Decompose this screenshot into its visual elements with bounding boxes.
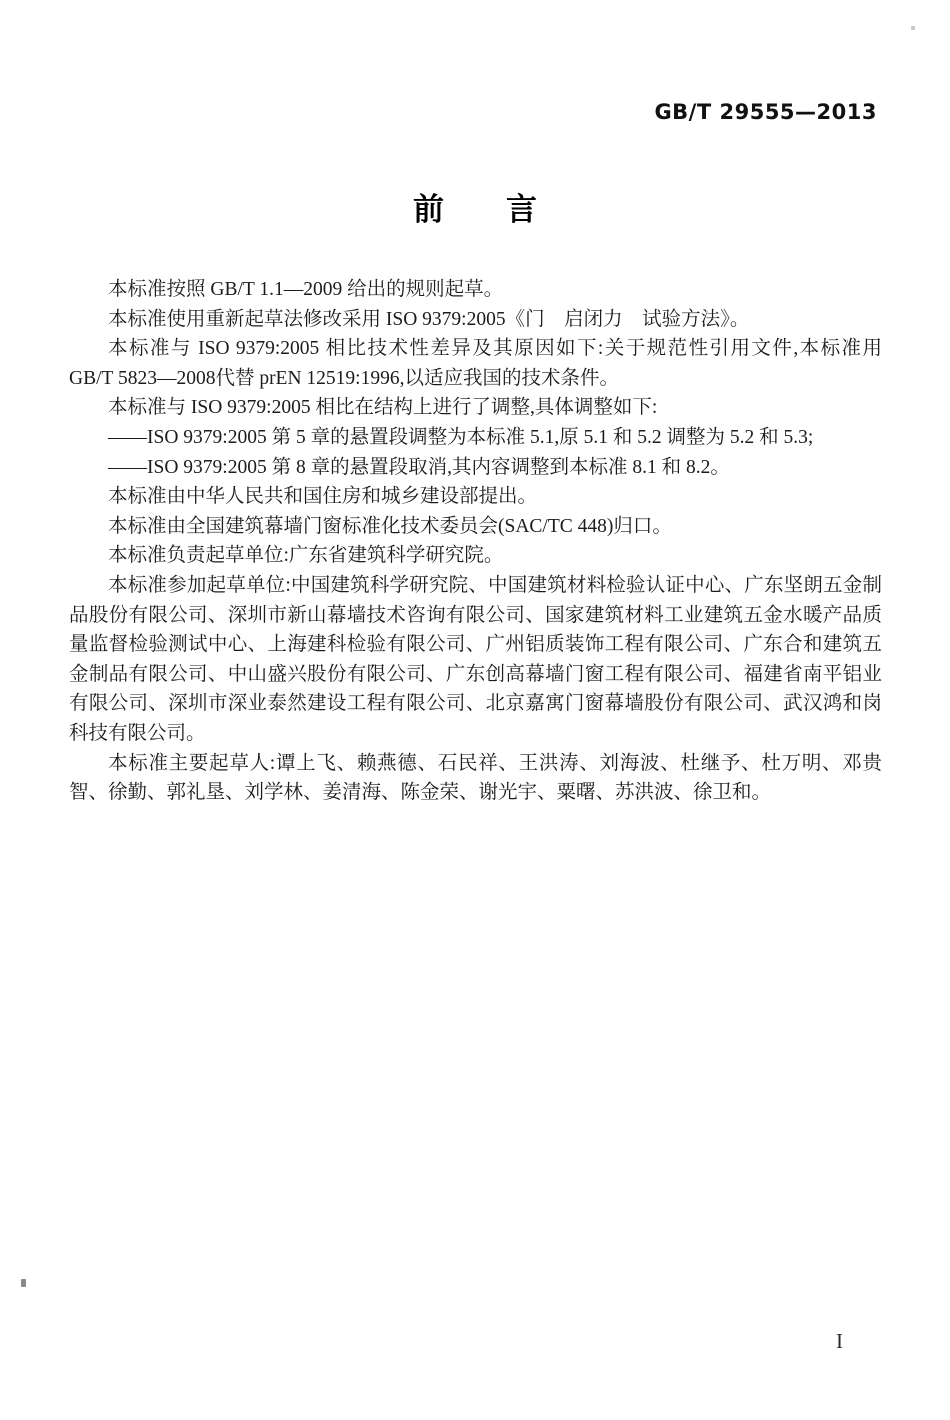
foreword-list-item: ——ISO 9379:2005 第 8 章的悬置段取消,其内容调整到本标准 8.… [69,453,882,483]
foreword-paragraph: 本标准与 ISO 9379:2005 相比在结构上进行了调整,具体调整如下: [69,393,882,423]
page-number: I [836,1329,843,1354]
foreword-paragraph: 本标准负责起草单位:广东省建筑科学研究院。 [69,541,882,571]
foreword-body: 本标准按照 GB/T 1.1—2009 给出的规则起草。 本标准使用重新起草法修… [69,275,882,808]
scan-artifact-icon [911,26,915,30]
foreword-paragraph: 本标准由全国建筑幕墙门窗标准化技术委员会(SAC/TC 448)归口。 [69,512,882,542]
foreword-paragraph: 本标准由中华人民共和国住房和城乡建设部提出。 [69,482,882,512]
document-page: GB/T 29555—2013 前 言 本标准按照 GB/T 1.1—2009 … [0,0,950,1420]
scan-artifact-icon [21,1279,26,1287]
page-title: 前 言 [0,184,950,229]
standard-number: GB/T 29555—2013 [654,100,877,124]
foreword-paragraph: 本标准与 ISO 9379:2005 相比技术性差异及其原因如下:关于规范性引用… [69,334,882,393]
foreword-list-item: ——ISO 9379:2005 第 5 章的悬置段调整为本标准 5.1,原 5.… [69,423,882,453]
foreword-paragraph: 本标准按照 GB/T 1.1—2009 给出的规则起草。 [69,275,882,305]
foreword-paragraph: 本标准使用重新起草法修改采用 ISO 9379:2005《门 启闭力 试验方法》… [69,305,882,335]
foreword-paragraph: 本标准参加起草单位:中国建筑科学研究院、中国建筑材料检验认证中心、广东坚朗五金制… [69,571,882,749]
foreword-paragraph: 本标准主要起草人:谭上飞、赖燕德、石民祥、王洪涛、刘海波、杜继予、杜万明、邓贵智… [69,749,882,808]
